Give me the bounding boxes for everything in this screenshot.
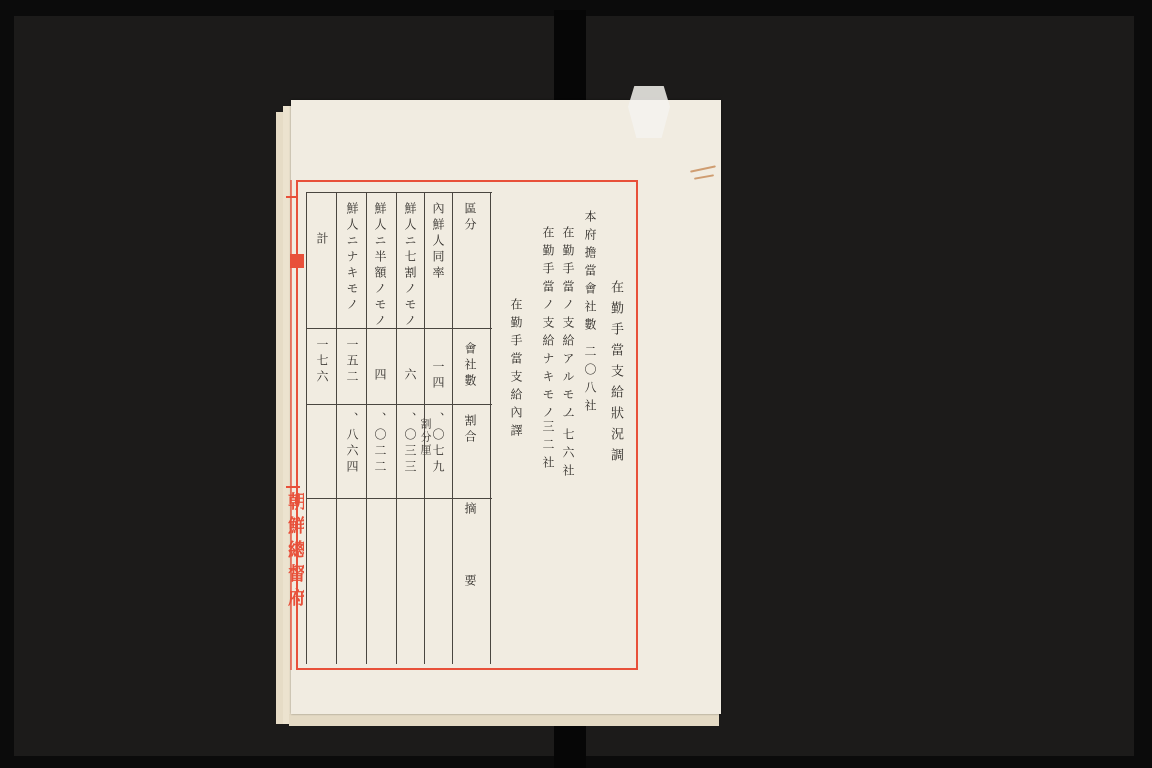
summary-value-total: 二〇八社 <box>582 345 599 417</box>
summary-value-without-allowance: 三二社 <box>540 420 557 474</box>
breakdown-subtitle: 在勤手當支給內譯 <box>508 298 525 442</box>
row-category: 鮮人ニ半額ノモノ <box>372 202 389 330</box>
row-count: 四 <box>372 368 389 384</box>
table-rule <box>306 192 307 664</box>
row-ratio: 、〇二二 <box>372 412 389 476</box>
table-rule <box>452 192 453 664</box>
header-count: 會社數 <box>462 342 479 390</box>
table-rule <box>306 328 492 329</box>
table-rule <box>306 498 492 499</box>
total-count: 一七六 <box>314 338 331 386</box>
row-count: 六 <box>402 368 419 384</box>
summary-label-total: 本府擔當會社數 <box>582 210 599 336</box>
summary-label-without-allowance: 在勤手當ノ支給ナキモノ <box>540 226 557 424</box>
table-rule <box>336 192 337 664</box>
document-title: 在勤手當支給狀況調 <box>606 280 625 469</box>
table-rule <box>366 192 367 664</box>
row-count: 一四 <box>430 360 447 392</box>
row-ratio: 、〇三三 <box>402 412 419 476</box>
table-rule <box>306 192 492 193</box>
row-count: 一五二 <box>344 338 361 386</box>
table-rule <box>306 404 492 405</box>
header-category: 區分 <box>462 202 479 234</box>
table-rule <box>490 192 491 664</box>
allowance-breakdown-table: 區分 會社數 割合 摘要 內鮮人同率 一四 、〇七九 割分厘 鮮人ニ七割ノモノ … <box>306 192 492 664</box>
row-category: 鮮人ニ七割ノモノ <box>402 202 419 330</box>
summary-value-with-allowance: 一七六社 <box>560 410 577 482</box>
table-rule <box>396 192 397 664</box>
total-label: 計 <box>314 232 331 248</box>
row-category: 鮮人ニナキモノ <box>344 202 361 314</box>
header-remarks: 摘要 <box>462 502 479 662</box>
ratio-unit: 割分厘 <box>417 418 433 457</box>
summary-label-with-allowance: 在勤手當ノ支給アルモノ <box>560 226 577 424</box>
row-category: 內鮮人同率 <box>430 202 447 282</box>
row-ratio: 、八六四 <box>344 412 361 476</box>
underlying-sheet-bottom <box>289 714 719 726</box>
header-ratio: 割合 <box>462 414 479 446</box>
